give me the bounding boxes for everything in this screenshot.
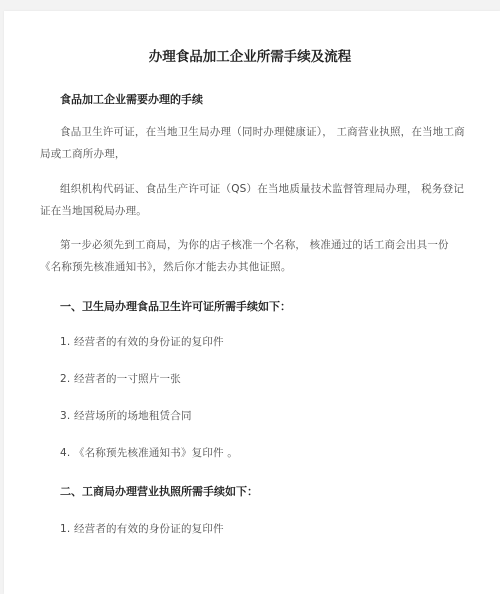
paragraph-registrations: 组织机构代码证、食品生产许可证（QS）在当地质量技术监督管理局办理， 税务登记证… <box>40 178 470 222</box>
list-item: 1. 经营者的有效的身份证的复印件 <box>60 521 224 536</box>
list-item: 4. 《名称预先核准通知书》复印件 。 <box>60 445 238 460</box>
section-heading-business-bureau: 二、工商局办理营业执照所需手续如下： <box>60 483 258 499</box>
paragraph-licenses: 食品卫生许可证，在当地卫生局办理（同时办理健康证）， 工商营业执照，在当地工商局… <box>40 121 470 165</box>
section-heading-health-bureau: 一、卫生局办理食品卫生许可证所需手续如下： <box>60 298 291 314</box>
subheading: 食品加工企业需要办理的手续 <box>60 91 203 107</box>
paragraph-first-step: 第一步必须先到工商局，为你的店子核准一个名称， 核准通过的话工商会出具一份《名称… <box>40 234 470 278</box>
list-item: 2. 经营者的一寸照片一张 <box>60 371 181 386</box>
document-title: 办理食品加工企业所需手续及流程 <box>0 45 500 65</box>
list-item: 3. 经营场所的场地租赁合同 <box>60 408 192 423</box>
document-page: 办理食品加工企业所需手续及流程 食品加工企业需要办理的手续 食品卫生许可证，在当… <box>4 11 500 594</box>
list-item: 1. 经营者的有效的身份证的复印件 <box>60 334 224 349</box>
